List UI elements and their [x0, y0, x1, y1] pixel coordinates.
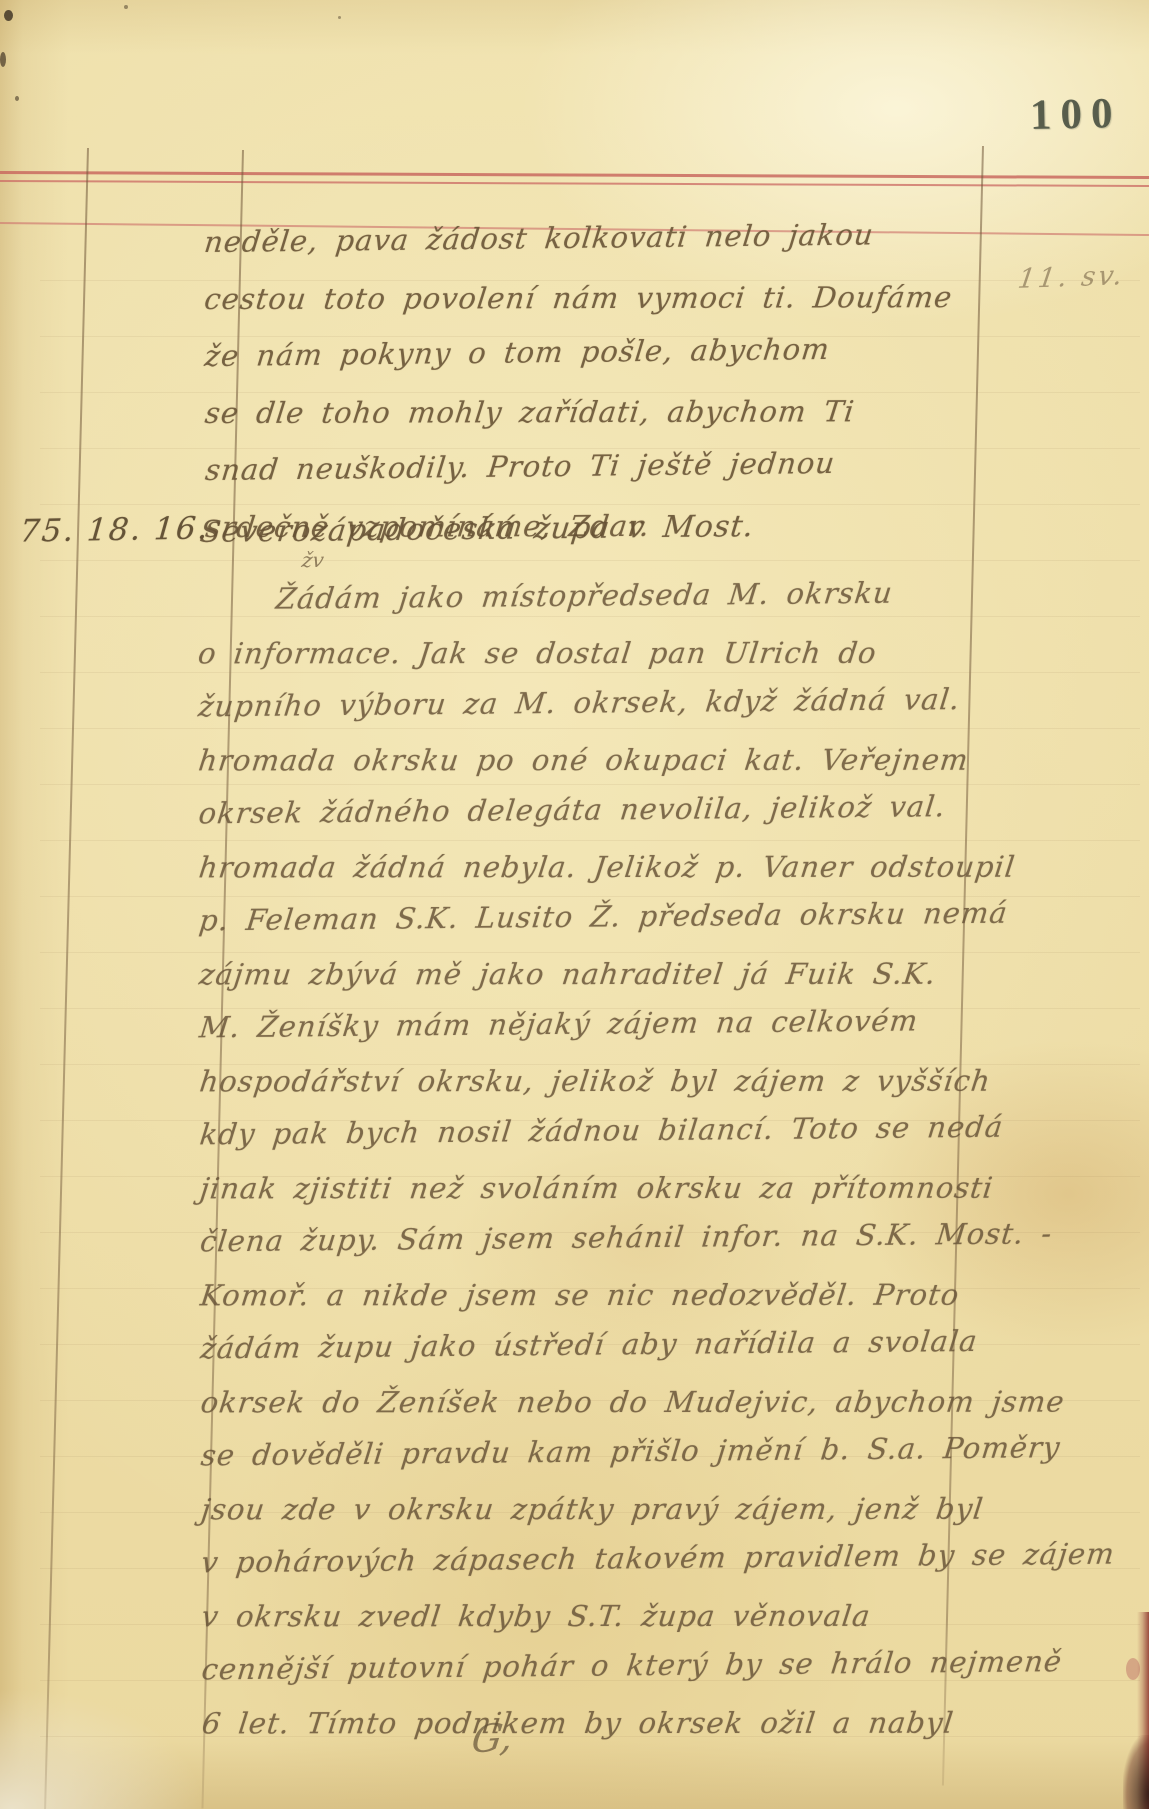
handwriting-line: okrsek žádného delegáta nevolila, jeliko…	[196, 780, 1002, 841]
scan-speck	[124, 5, 128, 9]
handwriting-line: Komoř. a nikde jsem se nic nedozvěděl. P…	[197, 1268, 1004, 1322]
end-flourish: G,	[469, 1714, 516, 1761]
entry-heading: Severozápadočeská župa v Most.	[198, 509, 756, 550]
page-number-stamp: 100	[1029, 89, 1122, 140]
scan-speck	[338, 16, 341, 19]
handwriting-line: Žádám jako místopředseda M. okrsku	[195, 566, 1001, 627]
entry-number: 75. 18. 16.	[18, 510, 211, 549]
red-rule-top-2	[0, 180, 1149, 187]
handwriting-line: v okrsku zvedl kdyby S.T. župa věnovala	[198, 1589, 1005, 1643]
handwriting-line: o informace. Jak se dostal pan Ulrich do	[195, 626, 1002, 680]
red-rule-top-1	[0, 171, 1149, 179]
handwriting-line: jinak zjistiti než svoláním okrsku za př…	[197, 1161, 1004, 1215]
handwriting-line: žádám župu jako ústředí aby nařídila a s…	[198, 1315, 1004, 1376]
handwriting-line: cennější putovní pohár o který by se hrá…	[199, 1636, 1005, 1697]
paragraph-continuation: neděle, pava žádost kolkovati nelo jakou…	[204, 210, 986, 556]
handwriting-line: M. Ženíšky mám nějaký zájem na celkovém	[197, 994, 1003, 1055]
margin-note: 11. sv.	[1016, 260, 1127, 295]
handwriting-line: hromada okrsku po oné okupaci kat. Veřej…	[195, 733, 1002, 787]
handwriting-line: cestou toto povolení nám vymoci ti. Douf…	[201, 269, 988, 328]
handwriting-line: neděle, pava žádost kolkovati nelo jakou	[201, 205, 987, 271]
handwriting-line: že nám pokyny o tom pošle, abychom	[202, 319, 988, 385]
handwriting-line: župního výboru za M. okrsek, když žádná …	[195, 673, 1001, 734]
handwriting-line: v pohárových zápasech takovém pravidlem …	[198, 1529, 1004, 1590]
handwriting-line: člena župy. Sám jsem sehánil infor. na S…	[197, 1208, 1003, 1269]
handwriting-line: se dle toho mohly zařídati, abychom Ti	[202, 383, 989, 442]
scan-edge-stain	[1137, 1612, 1149, 1809]
handwriting-line: hromada žádná nebyla. Jelikož p. Vaner o…	[196, 840, 1003, 894]
handwriting-line: okrsek do Ženíšek nebo do Mudejvic, abyc…	[198, 1375, 1005, 1429]
insertion-mark: žv	[300, 548, 325, 572]
scan-speck	[15, 96, 19, 101]
handwriting-line: 6 let. Tímto podnikem by okrsek ožil a n…	[199, 1696, 1006, 1750]
handwriting-line: zájmu zbývá mě jako nahraditel já Fuik S…	[196, 947, 1003, 1001]
scanned-ledger-page: 100 neděle, pava žádost kolkovati nelo j…	[0, 0, 1149, 1809]
handwriting-line: p. Feleman S.K. Lusito Ž. předseda okrsk…	[196, 887, 1002, 948]
handwriting-line: jsou zde v okrsku zpátky pravý zájem, je…	[198, 1482, 1005, 1536]
scan-speck	[0, 52, 6, 67]
scan-blot	[1126, 1658, 1140, 1680]
handwriting-line: kdy pak bych nosil žádnou bilancí. Toto …	[197, 1101, 1003, 1162]
scan-speck	[4, 10, 13, 21]
entry-body: Žádám jako místopředseda M. okrsku o inf…	[198, 571, 1002, 1751]
handwriting-line: hospodářství okrsku, jelikož byl zájem z…	[196, 1054, 1003, 1108]
handwriting-line: snad neuškodily. Proto Ti ještě jednou	[202, 433, 988, 499]
left-margin-line	[44, 148, 89, 1809]
handwriting-line: se dověděli pravdu kam přišlo jmění b. S…	[198, 1422, 1004, 1483]
scan-corner-stain	[1123, 1735, 1149, 1809]
